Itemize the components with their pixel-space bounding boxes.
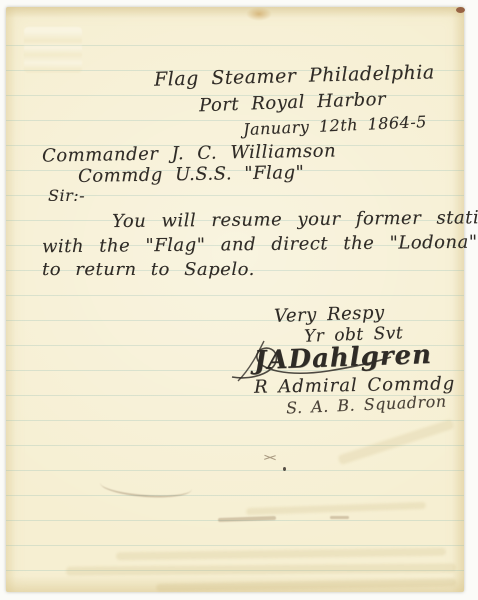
paper: Flag Steamer Philadelphia Port Royal Har… xyxy=(6,7,464,592)
smudge-mark xyxy=(218,516,276,522)
letter-scan: Flag Steamer Philadelphia Port Royal Har… xyxy=(0,0,478,600)
pencil-arc-mark xyxy=(99,472,192,500)
bleed-through-streak xyxy=(116,548,446,561)
bleed-through-streak xyxy=(246,502,426,515)
ink-stain xyxy=(246,7,272,21)
body-line-1: You will resume your former station xyxy=(112,207,478,232)
recipient-command-line: Commdg U.S.S. "Flag" xyxy=(78,162,305,187)
ink-dot xyxy=(283,467,286,471)
bleed-through-streak xyxy=(66,563,456,575)
complimentary-close-line-1: Very Respy xyxy=(274,302,385,327)
body-line-2: with the "Flag" and direct the "Lodona" xyxy=(42,232,478,258)
pencil-x-mark xyxy=(264,453,276,463)
salutation: Sir:- xyxy=(48,186,85,205)
letterhead-place-line: Port Royal Harbor xyxy=(199,89,387,117)
signature-dahlgren: JADahlgren xyxy=(254,340,433,376)
smudge-mark xyxy=(330,516,349,519)
corner-spot xyxy=(456,7,465,13)
body-line-3: to return to Sapelo. xyxy=(42,259,255,280)
letterhead-ship-line: Flag Steamer Philadelphia xyxy=(154,61,435,90)
embossed-seal-icon xyxy=(24,27,82,73)
bleed-through-streak xyxy=(337,419,454,466)
bleed-through-streak xyxy=(156,578,456,591)
date-line: January 12th 1864-5 xyxy=(243,112,428,139)
